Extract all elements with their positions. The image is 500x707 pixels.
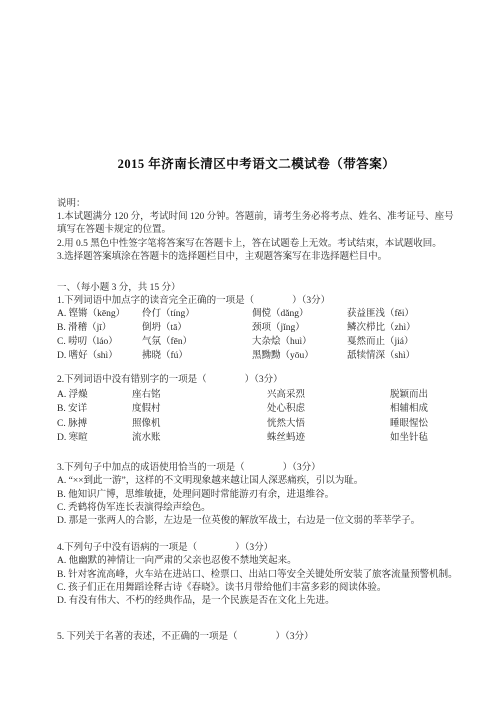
option-cell: 倜傥（dǎng） — [252, 308, 347, 322]
question-1-options: A. 铿锵（kēng） 伶仃（tíng） 倜傥（dǎng） 获益匪浅（fěi） … — [57, 308, 456, 363]
question-4-stem: 4.下列句子中没有语病的一项是（ ）（3分） — [57, 542, 456, 555]
note-line-1: 1.本试题满分 120 分，考试时间 120 分钟。答题前，请考生务必将考点、姓… — [57, 211, 456, 237]
option-cell: 拂晓（fú） — [142, 350, 252, 364]
option-cell: D. 嗜好（shì） — [57, 350, 142, 364]
option-cell: 舐犊情深（shì） — [347, 350, 456, 364]
option-cell: A. 铿锵（kēng） — [57, 308, 142, 322]
question-4-option-d: D. 有没有伟大、不朽的经典作品，是一个民族是否在文化上先进。 — [57, 595, 456, 608]
notes-heading: 说明： — [57, 198, 456, 211]
option-cell: 颈项（jǐng） — [252, 322, 347, 336]
option-cell: 如坐针毡 — [390, 431, 456, 446]
option-cell: 度假村 — [132, 402, 267, 417]
question-3-option-d: D. 那是一张两人的合影，左边是一位英俊的解放军战士，右边是一位文弱的莘莘学子。 — [57, 515, 456, 528]
option-cell: 大杂烩（huì） — [252, 336, 347, 350]
question-2: 2.下列词语中没有错别字的一项是（ ）（3分） A. 浮燥 座右铭 兴高采烈 脱… — [57, 373, 456, 446]
option-cell: 戛然而止（jiá） — [347, 336, 456, 350]
option-cell: 伶仃（tíng） — [142, 308, 252, 322]
option-cell: 获益匪浅（fěi） — [347, 308, 456, 322]
option-cell: 鳞次栉比（zhì） — [347, 322, 456, 336]
question-4: 4.下列句子中没有语病的一项是（ ）（3分） A. 他幽默的神情让一向严肃的父亲… — [57, 542, 456, 609]
option-cell: 脱颖而出 — [390, 388, 456, 403]
option-cell: A. 浮燥 — [57, 388, 132, 403]
question-1-stem: 1.下列词语中加点字的读音完全正确的一项是（ ）（3分） — [57, 295, 456, 308]
option-cell: 睡眼惺忪 — [390, 417, 456, 432]
option-cell: D. 寒暄 — [57, 431, 132, 446]
question-3: 3.下列句子中加点的成语使用恰当的一项是（ ）（3分） A. “××到此一游”，… — [57, 462, 456, 529]
note-line-3: 3.选择题答案填涂在答题卡的选择题栏目中，主观题答案写在非选择题栏目中。 — [57, 251, 456, 264]
option-cell: C. 唠叨（láo） — [57, 336, 142, 350]
option-cell: B. 滑稽（jī） — [57, 322, 142, 336]
option-cell: 照像机 — [132, 417, 267, 432]
exam-document-page: 2015 年济南长清区中考语文二模试卷（带答案） 说明： 1.本试题满分 120… — [0, 0, 500, 707]
question-3-option-c: C. 秃鹤将伪军连长表演得绘声绘色。 — [57, 502, 456, 515]
option-cell: 气氛（fēn） — [142, 336, 252, 350]
option-cell: 处心积虑 — [267, 402, 390, 417]
question-1: 1.下列词语中加点字的读音完全正确的一项是（ ）（3分） A. 铿锵（kēng）… — [57, 295, 456, 363]
question-3-stem: 3.下列句子中加点的成语使用恰当的一项是（ ）（3分） — [57, 462, 456, 475]
option-cell: B. 安详 — [57, 402, 132, 417]
question-4-option-a: A. 他幽默的神情让一向严肃的父亲也忍俊不禁地笑起来。 — [57, 555, 456, 568]
question-5: 5. 下列关于名著的表述，不正确的一项是（ ）（3分） — [57, 631, 456, 644]
document-content: 2015 年济南长清区中考语文二模试卷（带答案） 说明： 1.本试题满分 120… — [57, 157, 456, 644]
option-cell: 相辅相成 — [390, 402, 456, 417]
option-cell: 蛛丝蚂迹 — [267, 431, 390, 446]
option-cell: 流水账 — [132, 431, 267, 446]
question-2-options: A. 浮燥 座右铭 兴高采烈 脱颖而出 B. 安详 度假村 处心积虑 相辅相成 … — [57, 388, 456, 446]
option-cell: C. 脉搏 — [57, 417, 132, 432]
question-3-option-b: B. 他知识广博，思维敏捷，处理问题时常能游刃有余，进退维谷。 — [57, 489, 456, 502]
question-4-option-c: C. 孩子们正在用舞蹈诠释古诗《春晓》。读书月带给他们丰富多彩的阅读体验。 — [57, 582, 456, 595]
option-cell: 兴高采烈 — [267, 388, 390, 403]
question-2-stem: 2.下列词语中没有错别字的一项是（ ）（3分） — [57, 373, 456, 388]
question-3-option-a: A. “××到此一游”，这样的不文明现象越来越让国人深恶痛疾，引以为耻。 — [57, 475, 456, 488]
option-cell: 恍然大悟 — [267, 417, 390, 432]
question-4-option-b: B. 针对客流高峰，火车站在进站口、检票口、出站口等安全关键处所安装了旅客流量预… — [57, 569, 456, 582]
question-5-stem: 5. 下列关于名著的表述，不正确的一项是（ ）（3分） — [57, 631, 456, 644]
exam-notes: 说明： 1.本试题满分 120 分，考试时间 120 分钟。答题前，请考生务必将… — [57, 198, 456, 264]
section-one-heading: 一、（每小题 3 分，共 15 分） — [57, 282, 456, 295]
option-cell: 黑黝黝（yōu） — [252, 350, 347, 364]
page-title: 2015 年济南长清区中考语文二模试卷（带答案） — [57, 157, 456, 172]
note-line-2: 2.用 0.5 黑色中性签字笔将答案写在答题卡上，答在试题卷上无效。考试结束，本… — [57, 238, 456, 251]
option-cell: 座右铭 — [132, 388, 267, 403]
option-cell: 倒坍（tā） — [142, 322, 252, 336]
